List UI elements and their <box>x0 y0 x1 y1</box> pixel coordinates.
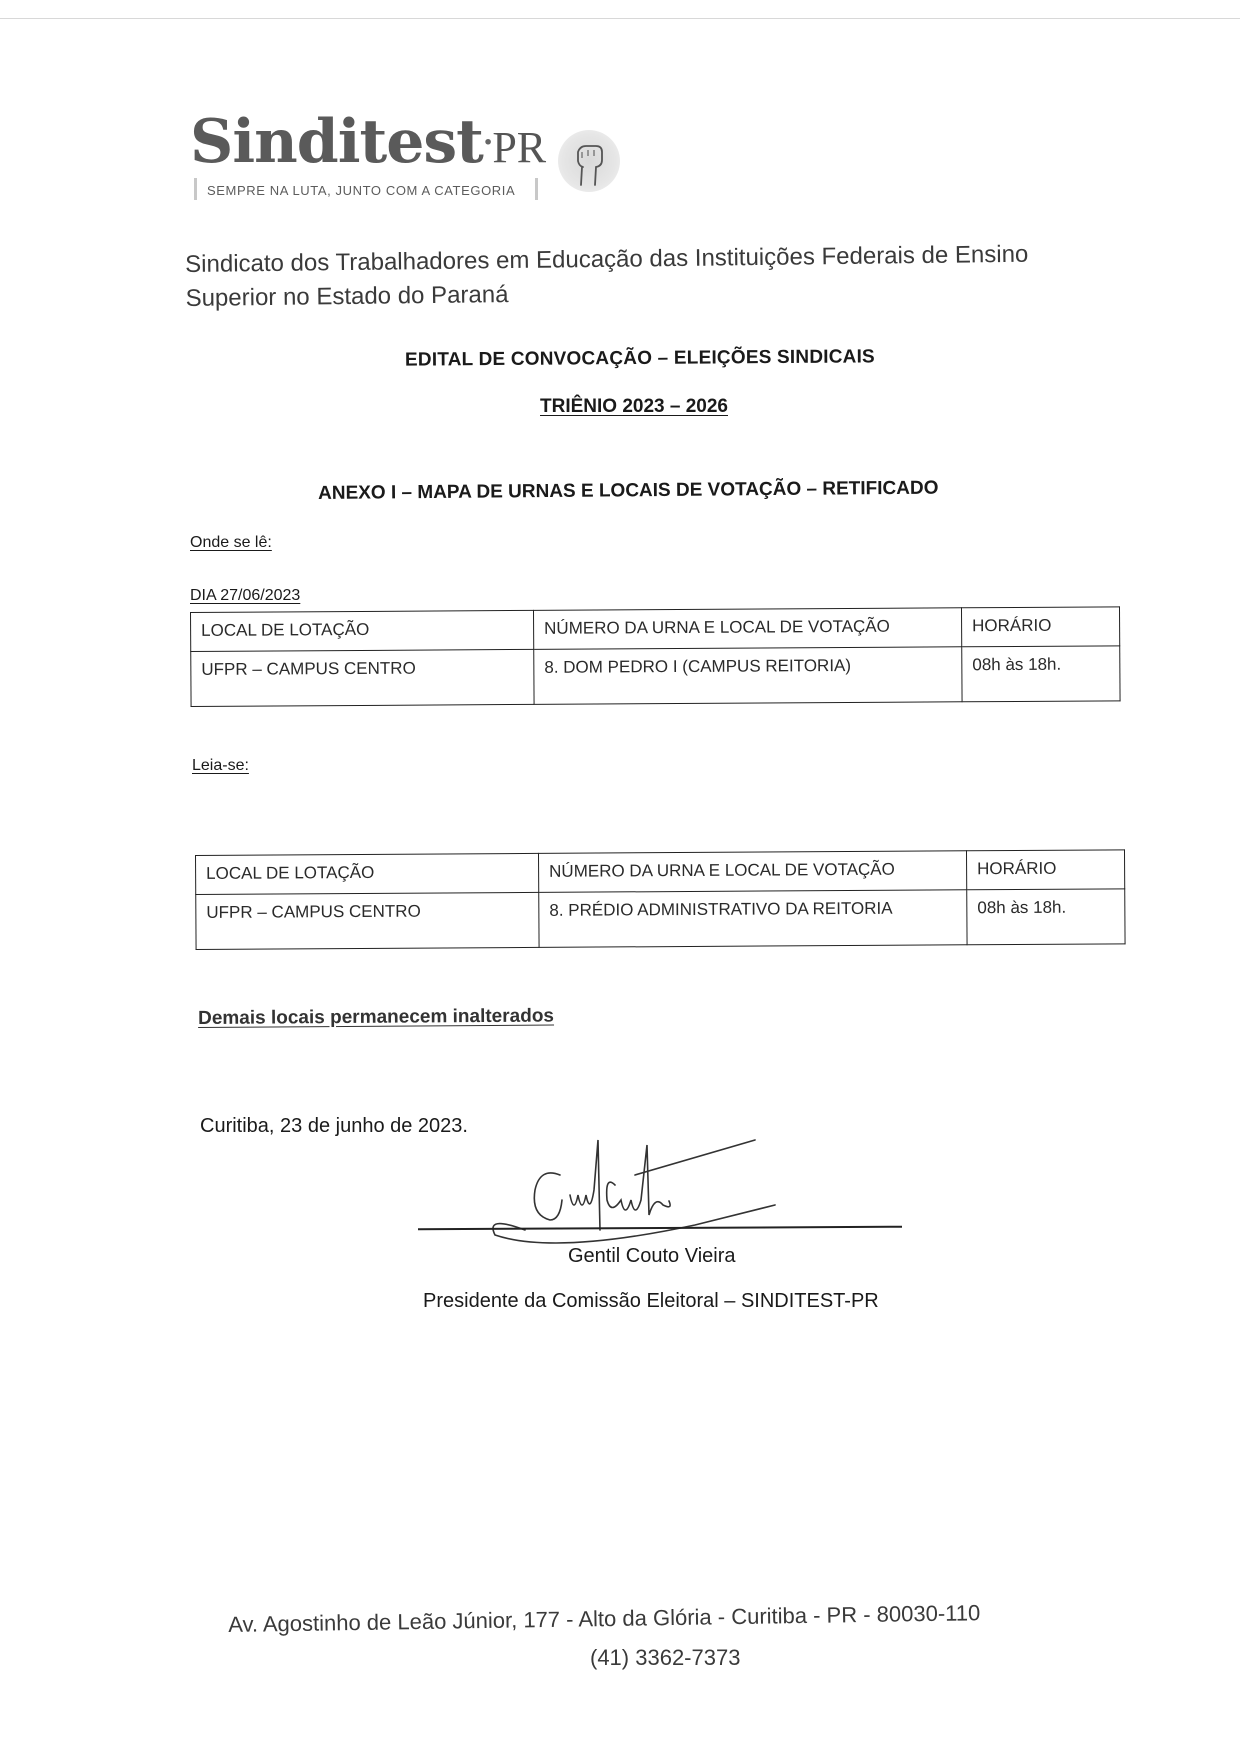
column-header: LOCAL DE LOTAÇÃO <box>196 853 539 894</box>
page-edge <box>0 18 1240 19</box>
should-read-label: Leia-se: <box>192 757 249 775</box>
table-cell: UFPR – CAMPUS CENTRO <box>196 892 539 949</box>
date-label: DIA 27/06/2023 <box>190 587 300 605</box>
sinditest-logo: Sinditest·PR Sempre na luta, junto com a… <box>190 112 630 212</box>
footer-phone: (41) 3362-7373 <box>590 1645 740 1671</box>
table-header-row: LOCAL DE LOTAÇÃO NÚMERO DA URNA E LOCAL … <box>196 850 1125 895</box>
table-row: UFPR – CAMPUS CENTRO 8. PRÉDIO ADMINISTR… <box>196 889 1125 950</box>
table-cell: 08h às 18h. <box>962 646 1120 702</box>
document-subtitle: TRIÊNIO 2023 – 2026 <box>540 396 728 418</box>
table-row: UFPR – CAMPUS CENTRO 8. DOM PEDRO I (CAM… <box>191 646 1120 707</box>
where-it-reads-label: Onde se lê: <box>190 534 272 552</box>
unchanged-note: Demais locais permanecem inalterados <box>198 1006 554 1030</box>
table-cell: 08h às 18h. <box>967 889 1125 945</box>
column-header: HORÁRIO <box>966 850 1124 890</box>
footer-address: Av. Agostinho de Leão Júnior, 177 - Alto… <box>228 1600 980 1638</box>
document-title: EDITAL DE CONVOCAÇÃO – ELEIÇÕES SINDICAI… <box>405 346 875 371</box>
original-polling-table: LOCAL DE LOTAÇÃO NÚMERO DA URNA E LOCAL … <box>190 606 1121 707</box>
signer-name: Gentil Couto Vieira <box>568 1245 736 1268</box>
column-header: NÚMERO DA URNA E LOCAL DE VOTAÇÃO <box>538 851 966 893</box>
column-header: LOCAL DE LOTAÇÃO <box>191 610 534 651</box>
logo-tagline: Sempre na luta, junto com a categoria <box>194 178 538 200</box>
logo-wordmark: Sinditest·PR <box>190 112 546 172</box>
table-cell: UFPR – CAMPUS CENTRO <box>191 649 534 706</box>
annex-title: ANEXO I – MAPA DE URNAS E LOCAIS DE VOTA… <box>318 478 939 505</box>
corrected-polling-table: LOCAL DE LOTAÇÃO NÚMERO DA URNA E LOCAL … <box>195 849 1126 950</box>
table-cell: 8. PRÉDIO ADMINISTRATIVO DA REITORIA <box>539 890 967 948</box>
place-and-date: Curitiba, 23 de junho de 2023. <box>200 1115 468 1138</box>
table-header-row: LOCAL DE LOTAÇÃO NÚMERO DA URNA E LOCAL … <box>191 607 1120 652</box>
signer-role: Presidente da Comissão Eleitoral – SINDI… <box>423 1290 879 1313</box>
table-cell: 8. DOM PEDRO I (CAMPUS REITORIA) <box>534 647 962 705</box>
raised-fist-icon <box>558 130 620 192</box>
column-header: HORÁRIO <box>961 607 1119 647</box>
organization-name: Sindicato dos Trabalhadores em Educação … <box>185 237 1116 316</box>
column-header: NÚMERO DA URNA E LOCAL DE VOTAÇÃO <box>533 608 961 650</box>
